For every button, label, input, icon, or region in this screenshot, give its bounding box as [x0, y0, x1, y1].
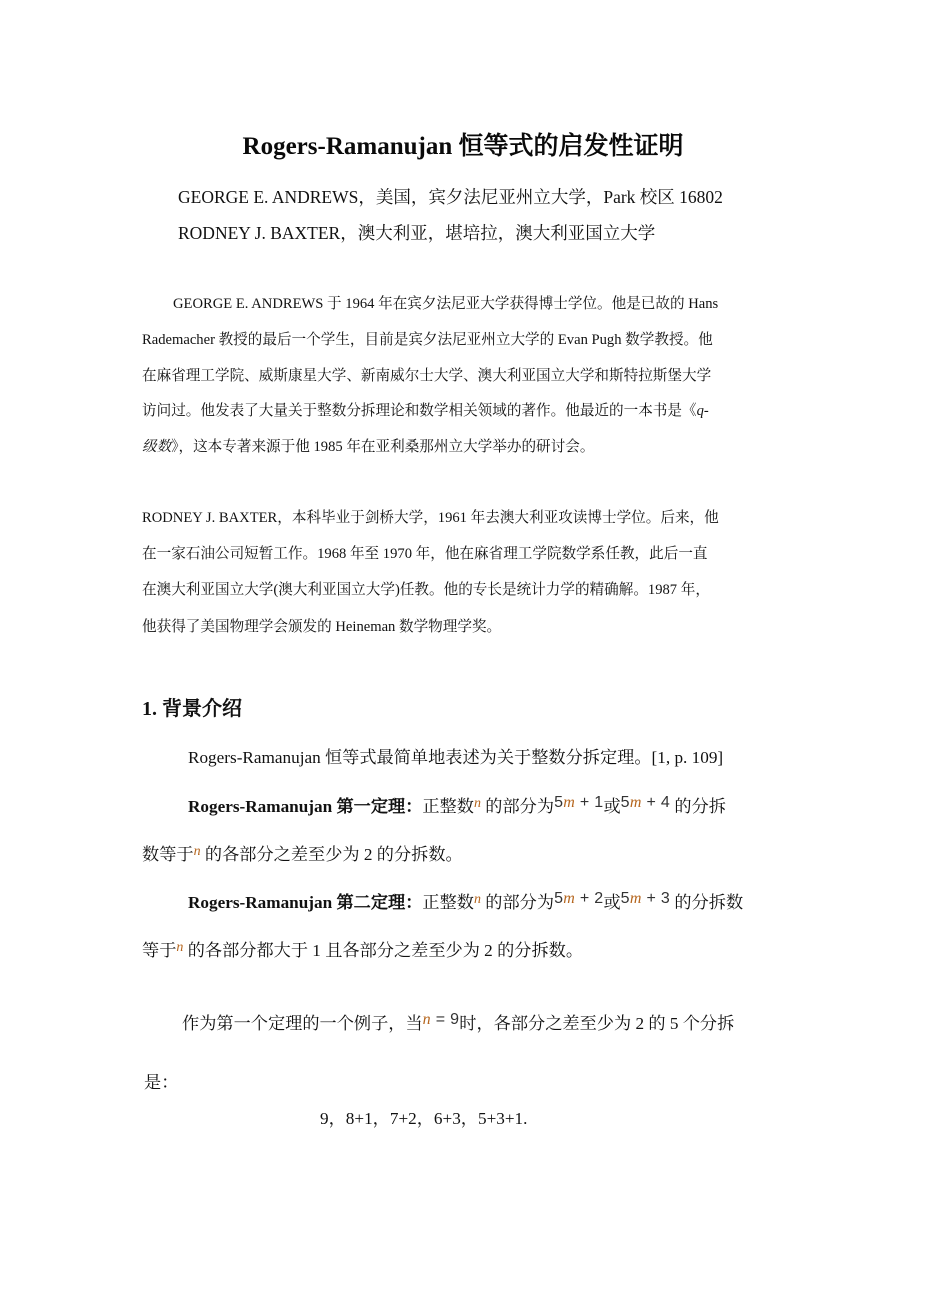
- theorem2-line-2: 等于n 的各部分都大于 1 且各部分之差至少为 2 的分拆数。: [142, 942, 583, 960]
- bio-andrews-line-1: GEORGE E. ANDREWS 于 1964 年在宾夕法尼亚大学获得博士学位…: [173, 297, 718, 312]
- theorem1-line-1: Rogers-Ramanujan 第一定理：正整数n 的部分为5m + 1或5m…: [188, 798, 726, 816]
- example-text: 时，各部分之差至少为 2 的 5 个分拆: [459, 1014, 734, 1033]
- theorem2-text: 或: [603, 893, 620, 912]
- example-text: 作为第一个定理的一个例子，当: [182, 1014, 423, 1033]
- math-var-n: n: [474, 796, 481, 811]
- theorem1-text: 的各部分之差至少为 2 的分拆数。: [201, 845, 463, 864]
- math-var-n: n: [474, 892, 481, 907]
- section-heading: 1. 背景介绍: [142, 699, 242, 719]
- bio-baxter-line-1: RODNEY J. BAXTER，本科毕业于剑桥大学，1961 年去澳大利亚攻读…: [142, 511, 719, 526]
- theorem2-text: 等于: [142, 941, 176, 960]
- document-title: Rogers-Ramanujan 恒等式的启发性证明: [0, 134, 926, 159]
- math-expression: 5m + 2: [554, 890, 603, 907]
- partition-list: 9，8+1，7+2，6+3，5+3+1.: [320, 1110, 527, 1127]
- theorem1-text: 数等于: [142, 845, 194, 864]
- theorem2-line-1: Rogers-Ramanujan 第二定理：正整数n 的部分为5m + 2或5m…: [188, 894, 743, 912]
- bio-baxter-line-4: 他获得了美国物理学会颁发的 Heineman 数学物理学奖。: [142, 620, 501, 635]
- math-expression: 5m + 3: [621, 890, 670, 907]
- document-page: Rogers-Ramanujan 恒等式的启发性证明 GEORGE E. AND…: [0, 0, 926, 1309]
- bio-andrews-line-3: 在麻省理工学院、威斯康星大学、新南威尔士大学、澳大利亚国立大学和斯特拉斯堡大学: [142, 369, 711, 384]
- theorem1-text: 的部分为: [481, 797, 554, 816]
- theorem1-label: Rogers-Ramanujan 第一定理：: [188, 797, 422, 816]
- bio-andrews-line-2: Rademacher 教授的最后一个学生，目前是宾夕法尼亚州立大学的 Evan …: [142, 333, 713, 348]
- author-andrews: GEORGE E. ANDREWS，美国，宾夕法尼亚州立大学，Park 校区 1…: [178, 189, 723, 207]
- math-expression: 5m + 1: [554, 794, 603, 811]
- bio-andrews-line-5-rest: 》，这本专著来源于他 1985 年在亚利桑那州立大学举办的研讨会。: [171, 439, 594, 455]
- math-expression: 5m + 4: [621, 794, 670, 811]
- theorem1-text: 的分拆: [670, 797, 726, 816]
- example-line-2: 是：: [144, 1074, 178, 1091]
- author-baxter: RODNEY J. BAXTER，澳大利亚，堪培拉，澳大利亚国立大学: [178, 225, 655, 243]
- theorem1-text: 正整数: [422, 797, 474, 816]
- theorem1-text: 或: [603, 797, 620, 816]
- math-expression: n = 9: [423, 1011, 460, 1028]
- book-title-start: q-: [697, 403, 709, 419]
- theorem2-text: 正整数: [422, 893, 474, 912]
- bio-andrews-line-4: 访问过。他发表了大量关于整数分拆理论和数学相关领域的著作。他最近的一本书是《q-: [142, 404, 709, 419]
- book-title-end: 级数: [142, 439, 171, 455]
- theorem2-text: 的各部分都大于 1 且各部分之差至少为 2 的分拆数。: [183, 941, 583, 960]
- section-intro: Rogers-Ramanujan 恒等式最简单地表述为关于整数分拆定理。[1, …: [188, 749, 723, 766]
- bio-andrews-line-5: 级数》，这本专著来源于他 1985 年在亚利桑那州立大学举办的研讨会。: [142, 440, 594, 455]
- theorem2-text: 的分拆数: [670, 893, 743, 912]
- theorem2-label: Rogers-Ramanujan 第二定理：: [188, 893, 422, 912]
- bio-baxter-line-2: 在一家石油公司短暂工作。1968 年至 1970 年，他在麻省理工学院数学系任教…: [142, 547, 708, 562]
- bio-andrews-line-4-text: 访问过。他发表了大量关于整数分拆理论和数学相关领域的著作。他最近的一本书是《: [142, 403, 697, 419]
- math-var-n: n: [176, 940, 183, 955]
- example-line-1: 作为第一个定理的一个例子，当n = 9时，各部分之差至少为 2 的 5 个分拆: [182, 1015, 734, 1033]
- math-var-n: n: [194, 844, 201, 859]
- bio-baxter-line-3: 在澳大利亚国立大学(澳大利亚国立大学)任教。他的专长是统计力学的精确解。1987…: [142, 583, 710, 598]
- theorem1-line-2: 数等于n 的各部分之差至少为 2 的分拆数。: [142, 846, 463, 864]
- theorem2-text: 的部分为: [481, 893, 554, 912]
